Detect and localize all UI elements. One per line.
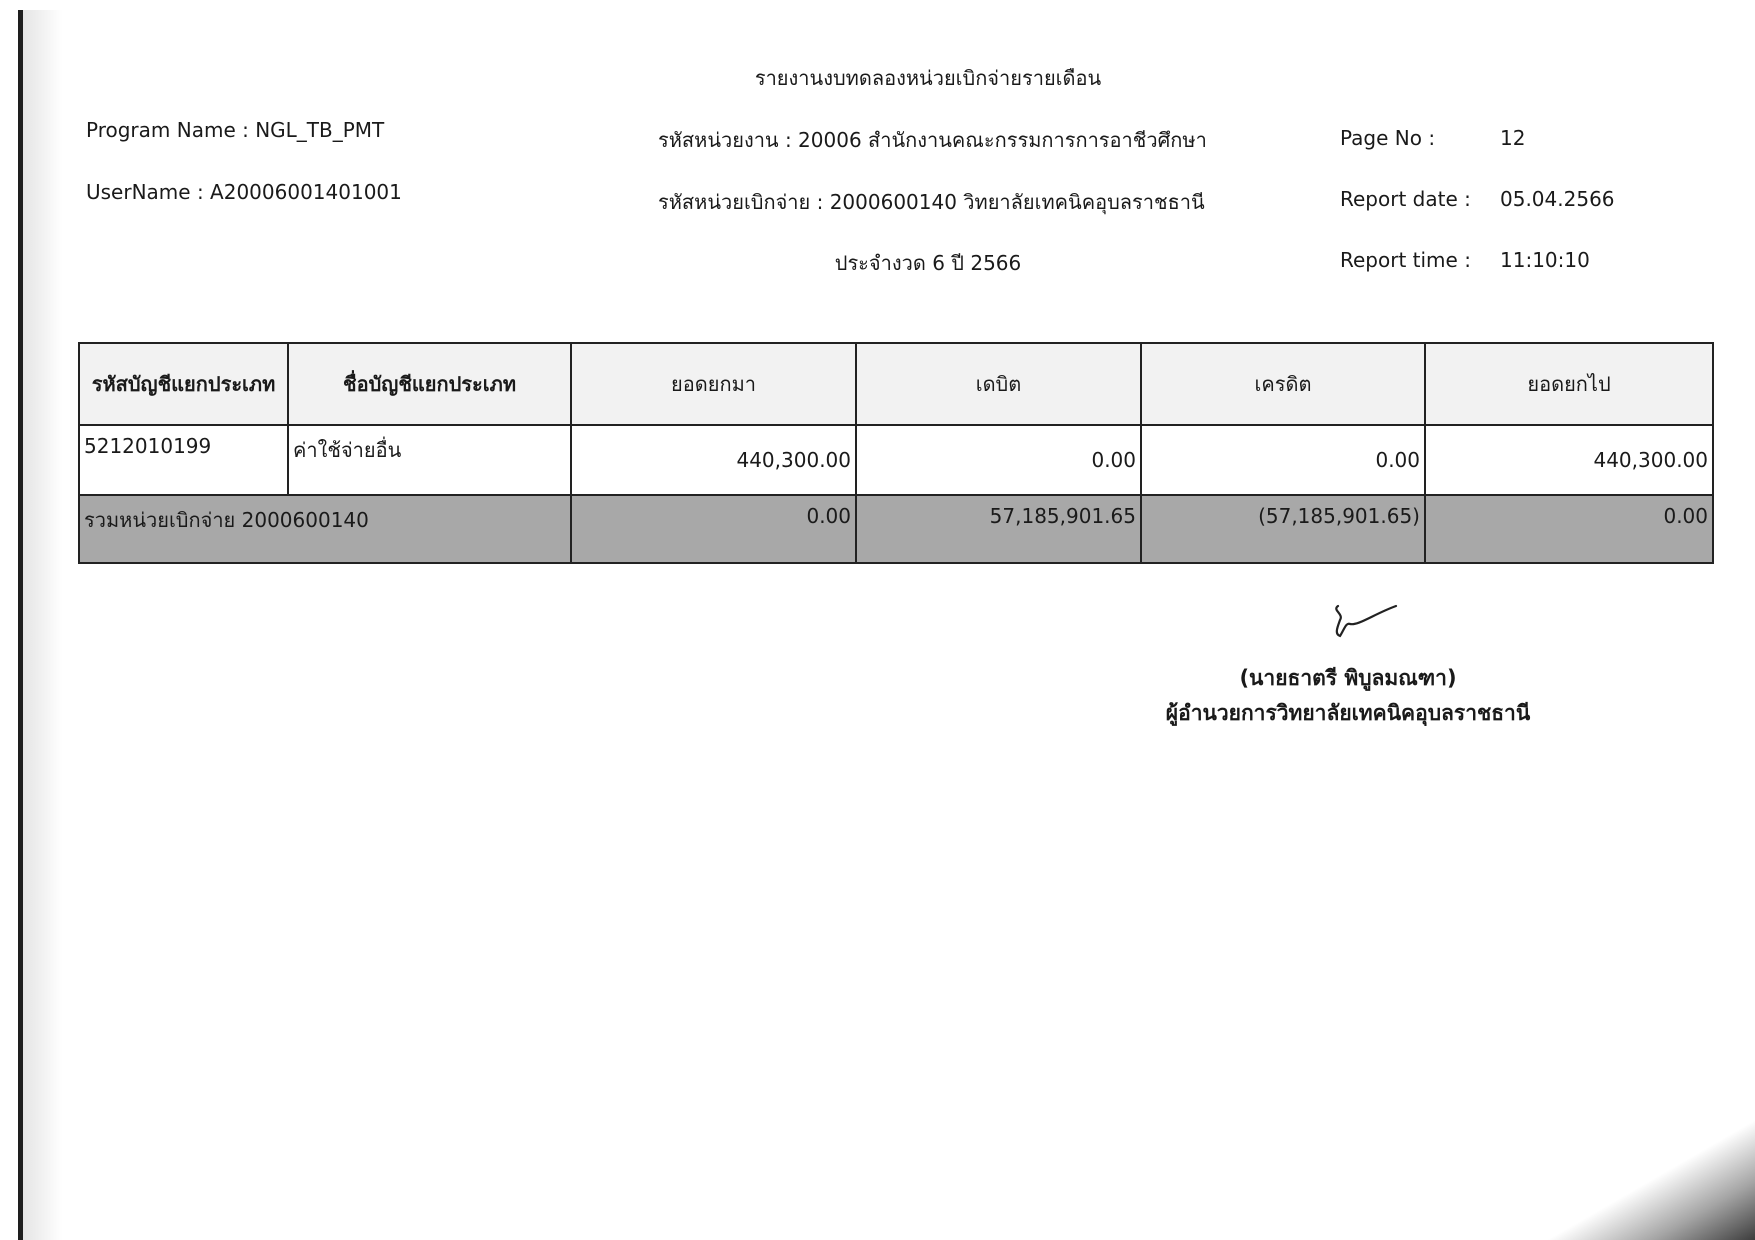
page-no-label: Page No : <box>1340 126 1435 150</box>
total-carried-forward: 0.00 <box>1425 495 1713 563</box>
agency-line: รหัสหน่วยงาน : 20006 สำนักงานคณะกรรมการก… <box>658 124 1207 156</box>
cell-account-code: 5212010199 <box>79 425 288 495</box>
report-date-label: Report date : <box>1340 187 1471 211</box>
col-account-code: รหัสบัญชีแยกประเภท <box>79 343 288 425</box>
program-name-label: Program Name : <box>86 118 249 142</box>
total-credit: (57,185,901.65) <box>1141 495 1425 563</box>
program-name-value: NGL_TB_PMT <box>255 118 384 142</box>
col-account-name: ชื่อบัญชีแยกประเภท <box>288 343 571 425</box>
period-line: ประจำงวด 6 ปี 2566 <box>835 247 1022 279</box>
disbursement-unit-line: รหัสหน่วยเบิกจ่าย : 2000600140 วิทยาลัยเ… <box>658 186 1205 218</box>
scan-corner-shadow <box>1535 1100 1755 1240</box>
total-debit: 57,185,901.65 <box>856 495 1141 563</box>
signature-mark-icon <box>1330 600 1400 640</box>
report-time-value: 11:10:10 <box>1500 248 1590 272</box>
total-label: รวมหน่วยเบิกจ่าย 2000600140 <box>79 495 571 563</box>
table-total-row: รวมหน่วยเบิกจ่าย 2000600140 0.00 57,185,… <box>79 495 1713 563</box>
table-row: 5212010199 ค่าใช้จ่ายอื่น 440,300.00 0.0… <box>79 425 1713 495</box>
report-time-label: Report time : <box>1340 248 1471 272</box>
cell-carried-forward: 440,300.00 <box>1425 425 1713 495</box>
signer-position: ผู้อำนวยการวิทยาลัยเทคนิคอุบลราชธานี <box>1166 697 1530 730</box>
col-debit: เดบิต <box>856 343 1141 425</box>
total-brought-forward: 0.00 <box>571 495 856 563</box>
col-brought-forward: ยอดยกมา <box>571 343 856 425</box>
signer-name: (นายธาตรี พิบูลมณฑา) <box>1239 662 1456 695</box>
cell-debit: 0.00 <box>856 425 1141 495</box>
col-credit: เครดิต <box>1141 343 1425 425</box>
report-date-value: 05.04.2566 <box>1500 187 1615 211</box>
col-carried-forward: ยอดยกไป <box>1425 343 1713 425</box>
cell-account-name: ค่าใช้จ่ายอื่น <box>288 425 571 495</box>
username-value: A20006001401001 <box>210 180 402 204</box>
trial-balance-table: รหัสบัญชีแยกประเภท ชื่อบัญชีแยกประเภท ยอ… <box>78 342 1714 564</box>
table-header-row: รหัสบัญชีแยกประเภท ชื่อบัญชีแยกประเภท ยอ… <box>79 343 1713 425</box>
scan-shadow <box>23 10 63 1240</box>
username: UserName : A20006001401001 <box>86 180 402 204</box>
username-label: UserName : <box>86 180 204 204</box>
program-name: Program Name : NGL_TB_PMT <box>86 118 384 142</box>
page-no-value: 12 <box>1500 126 1525 150</box>
cell-brought-forward: 440,300.00 <box>571 425 856 495</box>
cell-credit: 0.00 <box>1141 425 1425 495</box>
report-title: รายงานงบทดลองหน่วยเบิกจ่ายรายเดือน <box>755 62 1101 94</box>
